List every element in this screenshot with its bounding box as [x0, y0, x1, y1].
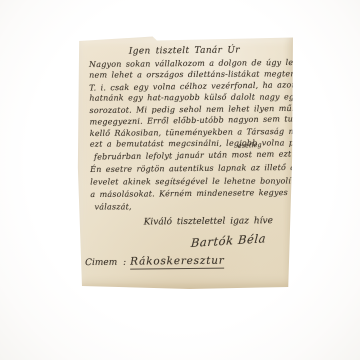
interline-note: esetleg: [238, 141, 262, 150]
letter-text-block: Igen tisztelt Tanár Úr Nagyon sokan váll…: [89, 45, 289, 270]
letter-line: levelet akinek segítségével le lehetne b…: [90, 175, 288, 189]
photo-background: Igen tisztelt Tanár Úr Nagyon sokan váll…: [0, 0, 360, 360]
letter-line: Én esetre rögtön autentikus lapnak az il…: [90, 162, 288, 177]
letter-paper: Igen tisztelt Tanár Úr Nagyon sokan váll…: [77, 36, 293, 289]
paragraph-2: Én esetre rögtön autentikus lapnak az il…: [90, 162, 289, 214]
closing-line: Kiváló tisztelettel igaz híve: [144, 216, 289, 229]
letter-line: februárban lefolyt január után most nem …: [94, 148, 288, 163]
signature: Bartók Béla: [190, 231, 266, 250]
letter-line: hatnánk egy hat-nagyobb külső dalolt nag…: [89, 91, 287, 104]
address-line: Cimem :Rákoskeresztur: [85, 253, 289, 269]
letter-line: a másolásokat. Kérném mindenesetre kegye…: [90, 187, 288, 202]
letter-line: válaszát,: [94, 200, 288, 214]
address-value: Rákoskeresztur: [130, 254, 225, 269]
address-label: Cimem :: [85, 257, 126, 267]
